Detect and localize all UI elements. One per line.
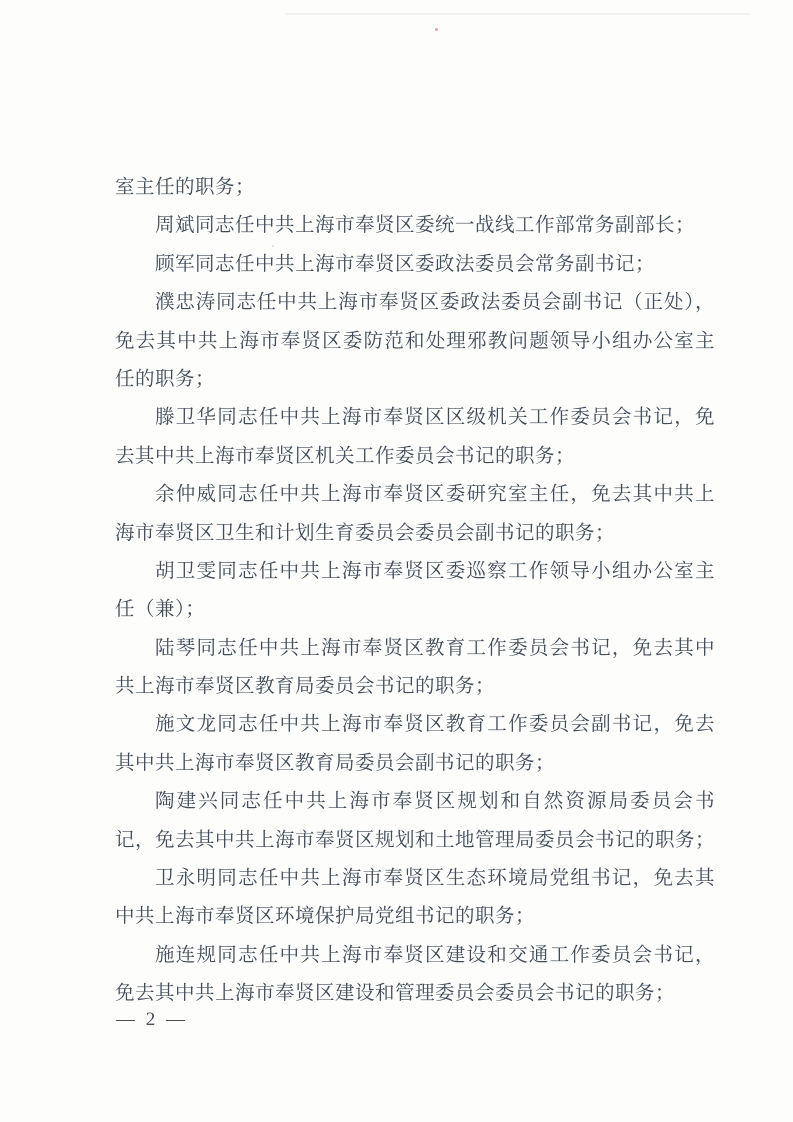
text-line: 去其中共上海市奉贤区机关工作委员会书记的职务； xyxy=(115,438,715,476)
text-line: 卫永明同志任中共上海市奉贤区生态环境局党组书记，免去其 xyxy=(115,860,715,898)
scan-streak-artifact xyxy=(285,13,750,15)
page-number: — 2 — xyxy=(116,1009,188,1031)
text-line: 周斌同志任中共上海市奉贤区委统一战线工作部常务副部长； xyxy=(115,207,715,245)
text-line: 任的职务； xyxy=(115,361,715,399)
text-line: 陆琴同志任中共上海市奉贤区教育工作委员会书记，免去其中 xyxy=(115,630,715,668)
text-line: 室主任的职务； xyxy=(115,169,715,207)
document-page: 室主任的职务；周斌同志任中共上海市奉贤区委统一战线工作部常务副部长；顾军同志任中… xyxy=(0,0,793,1122)
text-line: 海市奉贤区卫生和计划生育委员会委员会副书记的职务； xyxy=(115,515,715,553)
text-line: 顾军同志任中共上海市奉贤区委政法委员会常务副书记； xyxy=(115,246,715,284)
text-line: 免去其中共上海市奉贤区建设和管理委员会委员会书记的职务； xyxy=(115,975,715,1013)
scan-speck xyxy=(435,28,438,31)
text-line: 施连规同志任中共上海市奉贤区建设和交通工作委员会书记， xyxy=(115,937,715,975)
text-line: 濮忠涛同志任中共上海市奉贤区委政法委员会副书记（正处）， xyxy=(115,284,715,322)
text-line: 余仲威同志任中共上海市奉贤区委研究室主任，免去其中共上 xyxy=(115,476,715,514)
text-line: 共上海市奉贤区教育局委员会书记的职务； xyxy=(115,668,715,706)
text-line: 免去其中共上海市奉贤区委防范和处理邪教问题领导小组办公室主 xyxy=(115,323,715,361)
text-line: 施文龙同志任中共上海市奉贤区教育工作委员会副书记，免去 xyxy=(115,706,715,744)
text-line: 胡卫雯同志任中共上海市奉贤区委巡察工作领导小组办公室主 xyxy=(115,553,715,591)
text-line: 任（兼）； xyxy=(115,591,715,629)
text-line: 记，免去其中共上海市奉贤区规划和土地管理局委员会书记的职务； xyxy=(115,822,715,860)
text-line: 滕卫华同志任中共上海市奉贤区区级机关工作委员会书记，免 xyxy=(115,399,715,437)
document-text: 室主任的职务；周斌同志任中共上海市奉贤区委统一战线工作部常务副部长；顾军同志任中… xyxy=(115,169,715,1014)
text-line: 其中共上海市奉贤区教育局委员会副书记的职务； xyxy=(115,745,715,783)
text-line: 陶建兴同志任中共上海市奉贤区规划和自然资源局委员会书 xyxy=(115,783,715,821)
text-line: 中共上海市奉贤区环境保护局党组书记的职务； xyxy=(115,898,715,936)
